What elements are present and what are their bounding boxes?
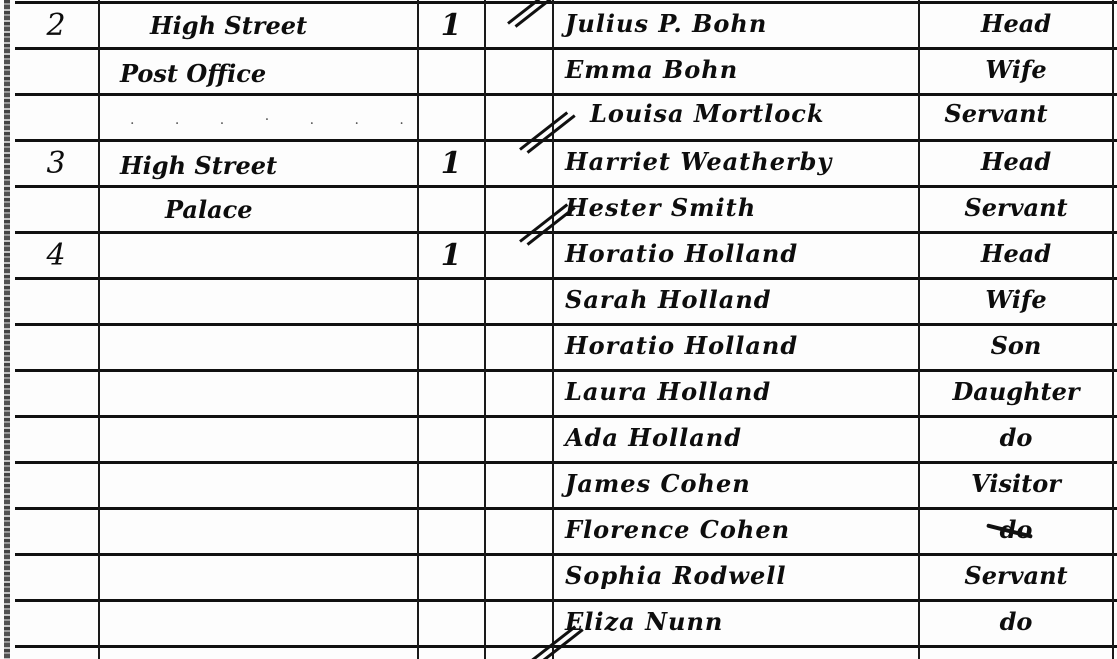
row-rule (100, 553, 417, 556)
schedule-number-3: 3 (15, 140, 97, 186)
row-rule (486, 323, 552, 326)
row-rule (554, 645, 918, 648)
inhabited-count-4: 1 (418, 232, 484, 278)
relation-text: Servant (944, 99, 1047, 128)
row-rule (419, 93, 484, 96)
relation-to-head: Daughter (920, 368, 1112, 414)
row-rule (15, 553, 98, 556)
relation-text: do (1000, 423, 1033, 452)
row-rule (419, 415, 484, 418)
row-rule (100, 277, 417, 280)
row-rule (100, 645, 417, 648)
relation-to-head: Servant (920, 184, 1112, 230)
row-rule (15, 369, 98, 372)
person-name: Horatio Holland (565, 230, 798, 276)
relation-text: Head (981, 147, 1051, 176)
column-rule-relation (1112, 0, 1114, 659)
person-name: Horatio Holland (565, 322, 798, 368)
row-rule (100, 369, 417, 372)
row-rule (486, 277, 552, 280)
row-rule (100, 461, 417, 464)
inhabited-count-3: 1 (418, 140, 484, 186)
relation-to-head: Wife (920, 46, 1112, 92)
relation-to-head: do (920, 506, 1112, 552)
row-rule (15, 507, 98, 510)
relation-text: Servant (964, 193, 1067, 222)
household-separator-mark (519, 203, 568, 242)
relation-text: Son (991, 331, 1042, 360)
person-name: Laura Holland (565, 368, 771, 414)
row-rule (15, 461, 98, 464)
relation-to-head: Head (920, 0, 1112, 46)
row-rule (486, 645, 552, 648)
person-name: Sarah Holland (565, 276, 772, 322)
person-name: Ada Holland (565, 414, 742, 460)
row-rule (419, 599, 484, 602)
column-rule-uninhabited (552, 0, 554, 659)
street-address-3: High Street (120, 142, 277, 188)
relation-text: Daughter (952, 377, 1079, 406)
row-rule (419, 323, 484, 326)
row-rule (920, 645, 1112, 648)
column-rule-schedule (98, 0, 100, 659)
column-rule-inhabited (484, 0, 486, 659)
row-rule (486, 553, 552, 556)
relation-to-head: Wife (920, 276, 1112, 322)
person-name: Harriet Weatherby (565, 138, 832, 184)
row-rule (100, 323, 417, 326)
relation-text: do (1000, 607, 1033, 636)
row-rule (15, 645, 98, 648)
row-rule (15, 323, 98, 326)
row-rule (486, 47, 552, 50)
relation-to-head: do (920, 414, 1112, 460)
household-separator-mark (519, 111, 568, 150)
row-rule (100, 599, 417, 602)
row-rule (100, 507, 417, 510)
row-rule (419, 461, 484, 464)
row-rule (419, 507, 484, 510)
relation-to-head: Son (920, 322, 1112, 368)
schedule-number-2: 2 (15, 2, 97, 48)
row-rule (486, 415, 552, 418)
relation-text: Servant (964, 561, 1067, 590)
row-rule (15, 93, 98, 96)
row-rule (486, 185, 552, 188)
row-rule (419, 645, 484, 648)
relation-text: Wife (985, 285, 1046, 314)
row-rule (15, 415, 98, 418)
house-name-3: Palace (165, 186, 253, 232)
relation-to-head: do (920, 598, 1112, 644)
relation-text: Visitor (971, 469, 1061, 498)
schedule-number-4: 4 (15, 232, 97, 278)
relation-to-head: Servant (900, 90, 1092, 136)
row-rule (419, 553, 484, 556)
inhabited-count-2: 1 (418, 2, 484, 48)
row-rule (486, 507, 552, 510)
person-name: Florence Cohen (565, 506, 790, 552)
row-rule (100, 415, 417, 418)
page-binding-edge (4, 0, 10, 659)
house-name-2: Post Office (120, 50, 266, 96)
person-name: Eliza Nunn (565, 598, 723, 644)
row-rule (486, 369, 552, 372)
row-rule (15, 599, 98, 602)
relation-text: do (1000, 515, 1033, 544)
relation-to-head: Visitor (920, 460, 1112, 506)
street-address-2: High Street (150, 2, 307, 48)
relation-text: Head (981, 9, 1051, 38)
person-name: Emma Bohn (565, 46, 738, 92)
row-rule (486, 461, 552, 464)
relation-to-head: Head (920, 138, 1112, 184)
row-rule (100, 231, 417, 234)
row-rule (486, 599, 552, 602)
relation-to-head: Head (920, 230, 1112, 276)
person-name: Louisa Mortlock (590, 90, 825, 136)
row-rule (419, 369, 484, 372)
person-name: James Cohen (565, 460, 751, 506)
smudge-marks: . . . · . . . (130, 112, 422, 128)
relation-text: Head (981, 239, 1051, 268)
census-page: 2 3 4 High Street Post Office . . . · . … (0, 0, 1117, 659)
relation-to-head: Servant (920, 552, 1112, 598)
relation-text: Wife (985, 55, 1046, 84)
row-rule (486, 93, 552, 96)
person-name: Hester Smith (565, 184, 756, 230)
column-rule-street (417, 0, 419, 659)
person-name: Sophia Rodwell (565, 552, 787, 598)
person-name: Julius P. Bohn (565, 0, 767, 46)
